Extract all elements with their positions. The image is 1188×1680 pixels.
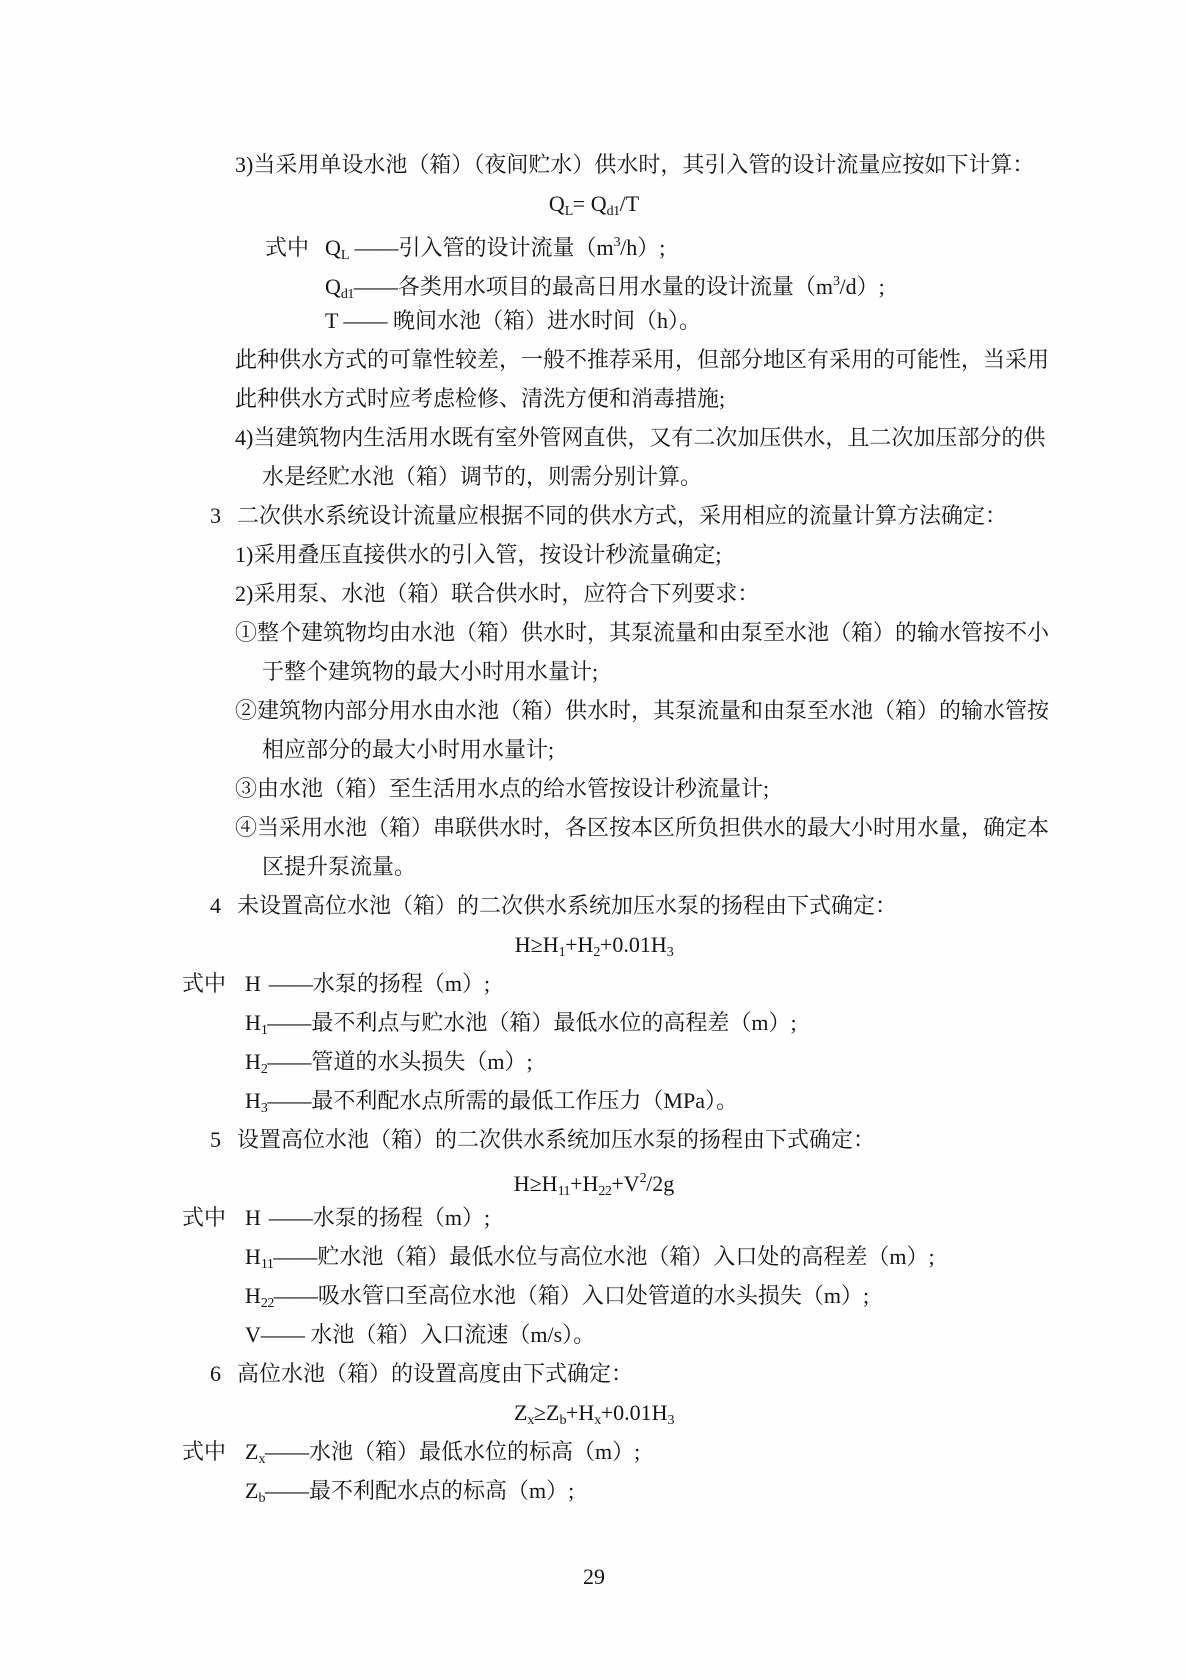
spacer	[261, 1224, 269, 1225]
document-body: 3)当采用单设水池（箱）（夜间贮水）供水时，其引入管的设计流量应按如下计算：QL…	[0, 145, 1188, 1510]
continuation-line: 水是经贮水池（箱）调节的，则需分别计算。	[0, 457, 1188, 496]
clause-heading-line: 6高位水池（箱）的设置高度由下式确定：	[0, 1354, 1188, 1393]
continuation-line: 区提升泵流量。	[0, 847, 1188, 886]
paragraph-line: 3)当采用单设水池（箱）（夜间贮水）供水时，其引入管的设计流量应按如下计算：	[0, 145, 1188, 184]
spacer	[221, 522, 237, 523]
subscript: 2	[261, 1062, 268, 1077]
clause-heading-line: 3二次供水系统设计流量应根据不同的供水方式，采用相应的流量计算方法确定：	[0, 496, 1188, 535]
clause-heading-line: 5设置高位水池（箱）的二次供水系统加压水泵的扬程由下式确定：	[0, 1120, 1188, 1159]
formula-line: H≥H11+H22+V2/2g	[0, 1159, 1188, 1198]
formula-legend-line: 式中Zx——水池（箱）最低水位的标高（m）;	[0, 1432, 1188, 1471]
spacer	[221, 1146, 237, 1147]
paragraph-line: ③由水池（箱）至生活用水点的给水管按设计秒流量计;	[0, 769, 1188, 808]
subscript: d1	[607, 204, 620, 219]
symbol-definition-line: H1——最不利点与贮水池（箱）最低水位的高程差（m）;	[0, 1003, 1188, 1042]
spacer	[309, 254, 325, 255]
subscript: b	[258, 1491, 265, 1506]
symbol-definition-line: H11——贮水池（箱）最低水位与高位水池（箱）入口处的高程差（m）;	[0, 1237, 1188, 1276]
superscript: 3	[833, 274, 840, 289]
subscript: x	[527, 1413, 534, 1428]
paragraph-line: ④当采用水池（箱）串联供水时，各区按本区所负担供水的最大小时用水量，确定本	[0, 808, 1188, 847]
paragraph-line: 此种供水方式的可靠性较差，一般不推荐采用，但部分地区有采用的可能性，当采用	[0, 340, 1188, 379]
formula-line: QL= Qd1/T	[0, 184, 1188, 223]
subscript: 11	[261, 1257, 273, 1272]
page-number: 29	[0, 1560, 1188, 1594]
subscript: b	[559, 1413, 566, 1428]
superscript: 3	[614, 235, 621, 250]
subscript: 3	[667, 945, 674, 960]
subscript: 3	[261, 1101, 268, 1116]
superscript: 2	[640, 1171, 647, 1186]
subscript: L	[565, 204, 573, 219]
spacer	[261, 990, 269, 991]
subscript: 2	[593, 945, 600, 960]
paragraph-line: ②建筑物内部分用水由水池（箱）供水时，其泵流量和由泵至水池（箱）的输水管按	[0, 691, 1188, 730]
symbol-definition-line: H2——管道的水头损失（m）;	[0, 1042, 1188, 1081]
subscript: x	[594, 1413, 601, 1428]
subscript: d1	[341, 287, 354, 302]
spacer	[221, 912, 237, 913]
formula-line: Zx≥Zb+Hx+0.01H3	[0, 1393, 1188, 1432]
spacer	[226, 1224, 245, 1225]
subscript: L	[341, 248, 349, 263]
subscript: 3	[668, 1413, 675, 1428]
formula-line: H≥H1+H2+0.01H3	[0, 925, 1188, 964]
spacer	[226, 990, 245, 991]
continuation-line: 于整个建筑物的最大小时用水量计;	[0, 652, 1188, 691]
subscript: 1	[261, 1023, 268, 1038]
clause-heading-line: 4未设置高位水池（箱）的二次供水系统加压水泵的扬程由下式确定：	[0, 886, 1188, 925]
spacer	[226, 1458, 245, 1459]
formula-legend-line: 式中H——水泵的扬程（m）;	[0, 1198, 1188, 1237]
subscript: 1	[559, 945, 566, 960]
symbol-definition-line: H3——最不利配水点所需的最低工作压力（MPa）。	[0, 1081, 1188, 1120]
symbol-definition-line: Zb——最不利配水点的标高（m）;	[0, 1471, 1188, 1510]
symbol-definition-line: V—— 水池（箱）入口流速（m/s）。	[0, 1315, 1188, 1354]
paragraph-line: 4)当建筑物内生活用水既有室外管网直供，又有二次加压供水，且二次加压部分的供	[0, 418, 1188, 457]
document-page: 3)当采用单设水池（箱）（夜间贮水）供水时，其引入管的设计流量应按如下计算：QL…	[0, 0, 1188, 1680]
formula-legend-line: 式中QL ——引入管的设计流量（m3/h）;	[0, 223, 1188, 262]
paragraph-line: 1)采用叠压直接供水的引入管，按设计秒流量确定;	[0, 535, 1188, 574]
symbol-definition-line: H22——吸水管口至高位水池（箱）入口处管道的水头损失（m）;	[0, 1276, 1188, 1315]
formula-legend-line: 式中H——水泵的扬程（m）;	[0, 964, 1188, 1003]
symbol-definition-line: Qd1——各类用水项目的最高日用水量的设计流量（m3/d）;	[0, 262, 1188, 301]
subscript: 22	[261, 1296, 274, 1311]
subscript: 22	[598, 1184, 611, 1199]
subscript: 11	[558, 1184, 570, 1199]
paragraph-line: 此种供水方式时应考虑检修、清洗方便和消毒措施;	[0, 379, 1188, 418]
subscript: x	[258, 1452, 265, 1467]
spacer	[221, 1380, 237, 1381]
paragraph-line: ①整个建筑物均由水池（箱）供水时，其泵流量和由泵至水池（箱）的输水管按不小	[0, 613, 1188, 652]
paragraph-line: 2)采用泵、水池（箱）联合供水时，应符合下列要求：	[0, 574, 1188, 613]
symbol-definition-line: T —— 晚间水池（箱）进水时间（h）。	[0, 301, 1188, 340]
continuation-line: 相应部分的最大小时用水量计;	[0, 730, 1188, 769]
